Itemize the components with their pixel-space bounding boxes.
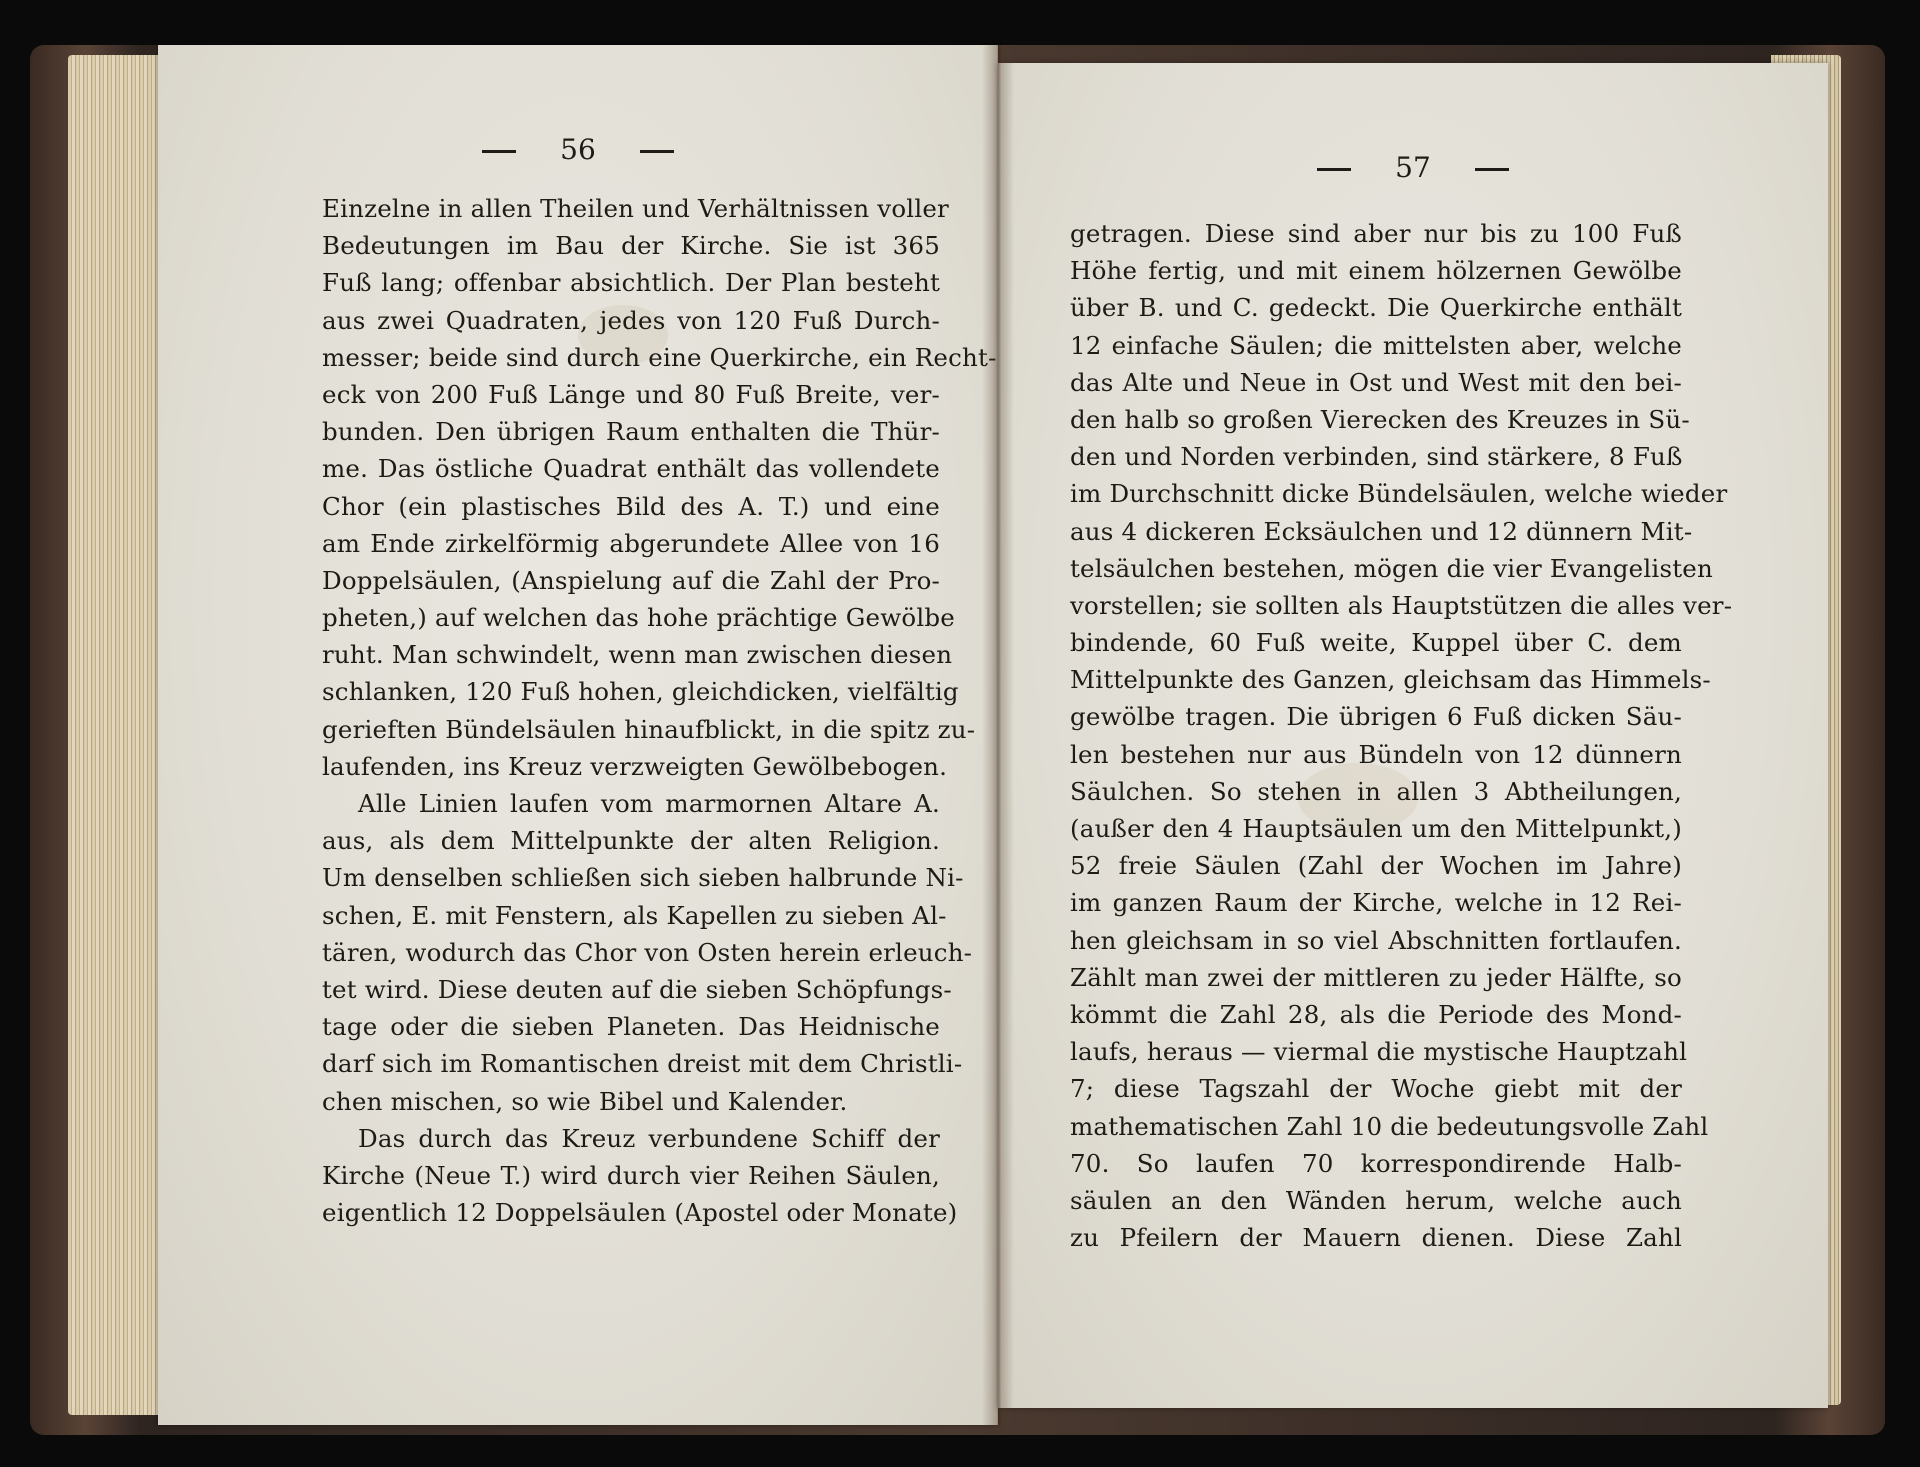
text-line: Das durch das Kreuz verbundene Schiff de… — [322, 1120, 940, 1157]
text-line: Zählt man zwei der mittleren zu jeder Hä… — [1070, 959, 1682, 996]
text-line: den und Norden verbinden, sind stärkere,… — [1070, 438, 1682, 475]
text-line: aus 4 dickeren Ecksäulchen und 12 dünner… — [1070, 513, 1682, 550]
text-line: chen mischen, so wie Bibel und Kalender. — [322, 1083, 940, 1120]
text-line: im Durchschnitt dicke Bündelsäulen, welc… — [1070, 475, 1682, 512]
book-gutter — [982, 45, 1014, 1425]
text-line: ruht. Man schwindelt, wenn man zwischen … — [322, 636, 940, 673]
text-line: Doppelsäulen, (Anspielung auf die Zahl d… — [322, 562, 940, 599]
dash-ornament — [482, 150, 516, 153]
text-line: Fuß lang; offenbar absichtlich. Der Plan… — [322, 264, 940, 301]
body-text: getragen. Diese sind aber nur bis zu 100… — [1070, 215, 1682, 1256]
text-line: schen, E. mit Fenstern, als Kapellen zu … — [322, 897, 940, 934]
text-line: gerieften Bündelsäulen hinaufblickt, in … — [322, 711, 940, 748]
page-number: 57 — [1395, 151, 1431, 184]
text-line: kömmt die Zahl 28, als die Periode des M… — [1070, 996, 1682, 1033]
text-line: hen gleichsam in so viel Abschnitten for… — [1070, 922, 1682, 959]
text-line: tage oder die sieben Planeten. Das Heidn… — [322, 1008, 940, 1045]
text-line: vorstellen; sie sollten als Hauptstützen… — [1070, 587, 1682, 624]
text-line: Kirche (Neue T.) wird durch vier Reihen … — [322, 1157, 940, 1194]
text-line: bunden. Den übrigen Raum enthalten die T… — [322, 413, 940, 450]
text-line: schlanken, 120 Fuß hohen, gleichdicken, … — [322, 673, 940, 710]
right-page: 57 getragen. Diese sind aber nur bis zu … — [998, 63, 1828, 1408]
text-line: eigentlich 12 Doppelsäulen (Apostel oder… — [322, 1194, 940, 1231]
text-line: laufenden, ins Kreuz verzweigten Gewölbe… — [322, 748, 940, 785]
text-line: tet wird. Diese deuten auf die sieben Sc… — [322, 971, 940, 1008]
text-line: Einzelne in allen Theilen und Verhältnis… — [322, 190, 940, 227]
dash-ornament — [640, 150, 674, 153]
text-line: gewölbe tragen. Die übrigen 6 Fuß dicken… — [1070, 698, 1682, 735]
text-line: im ganzen Raum der Kirche, welche in 12 … — [1070, 884, 1682, 921]
text-line: eck von 200 Fuß Länge und 80 Fuß Breite,… — [322, 376, 940, 413]
text-line: am Ende zirkelförmig abgerundete Allee v… — [322, 525, 940, 562]
text-line: mathematischen Zahl 10 die bedeutungsvol… — [1070, 1108, 1682, 1145]
text-line: 70. So laufen 70 korrespondirende Halb- — [1070, 1145, 1682, 1182]
dash-ornament — [1475, 168, 1509, 171]
text-line: den halb so großen Vierecken des Kreuzes… — [1070, 401, 1682, 438]
text-line: messer; beide sind durch eine Querkirche… — [322, 339, 940, 376]
text-line: bindende, 60 Fuß weite, Kuppel über C. d… — [1070, 624, 1682, 661]
text-line: Um denselben schließen sich sieben halbr… — [322, 859, 940, 896]
text-line: Säulchen. So stehen in allen 3 Abtheilun… — [1070, 773, 1682, 810]
text-line: aus zwei Quadraten, jedes von 120 Fuß Du… — [322, 302, 940, 339]
page-number-header: 57 — [998, 151, 1828, 184]
text-line: 52 freie Säulen (Zahl der Wochen im Jahr… — [1070, 847, 1682, 884]
text-line: len bestehen nur aus Bündeln von 12 dünn… — [1070, 736, 1682, 773]
text-line: tären, wodurch das Chor von Osten herein… — [322, 934, 940, 971]
text-line: telsäulchen bestehen, mögen die vier Eva… — [1070, 550, 1682, 587]
text-line: laufs, heraus — viermal die mystische Ha… — [1070, 1033, 1682, 1070]
page-number-header: 56 — [158, 133, 998, 166]
page-number: 56 — [560, 133, 596, 166]
text-line: darf sich im Romantischen dreist mit dem… — [322, 1045, 940, 1082]
text-line: Chor (ein plastisches Bild des A. T.) un… — [322, 488, 940, 525]
dash-ornament — [1317, 168, 1351, 171]
text-line: Höhe fertig, und mit einem hölzernen Gew… — [1070, 252, 1682, 289]
text-line: 7; diese Tagszahl der Woche giebt mit de… — [1070, 1070, 1682, 1107]
body-text: Einzelne in allen Theilen und Verhältnis… — [322, 190, 940, 1231]
text-line: Mittelpunkte des Ganzen, gleichsam das H… — [1070, 661, 1682, 698]
text-line: säulen an den Wänden herum, welche auch — [1070, 1182, 1682, 1219]
text-line: Alle Linien laufen vom marmornen Altare … — [322, 785, 940, 822]
text-line: das Alte und Neue in Ost und West mit de… — [1070, 364, 1682, 401]
open-book: 56 Einzelne in allen Theilen und Verhält… — [30, 45, 1885, 1435]
text-line: (außer den 4 Hauptsäulen um den Mittelpu… — [1070, 810, 1682, 847]
text-line: 12 einfache Säulen; die mittelsten aber,… — [1070, 327, 1682, 364]
text-line: pheten,) auf welchen das hohe prächtige … — [322, 599, 940, 636]
text-line: getragen. Diese sind aber nur bis zu 100… — [1070, 215, 1682, 252]
left-page-stack — [68, 55, 158, 1415]
text-line: aus, als dem Mittelpunkte der alten Reli… — [322, 822, 940, 859]
text-line: zu Pfeilern der Mauern dienen. Diese Zah… — [1070, 1219, 1682, 1256]
text-line: über B. und C. gedeckt. Die Querkirche e… — [1070, 289, 1682, 326]
left-page: 56 Einzelne in allen Theilen und Verhält… — [158, 45, 998, 1425]
text-line: Bedeutungen im Bau der Kirche. Sie ist 3… — [322, 227, 940, 264]
text-line: me. Das östliche Quadrat enthält das vol… — [322, 450, 940, 487]
